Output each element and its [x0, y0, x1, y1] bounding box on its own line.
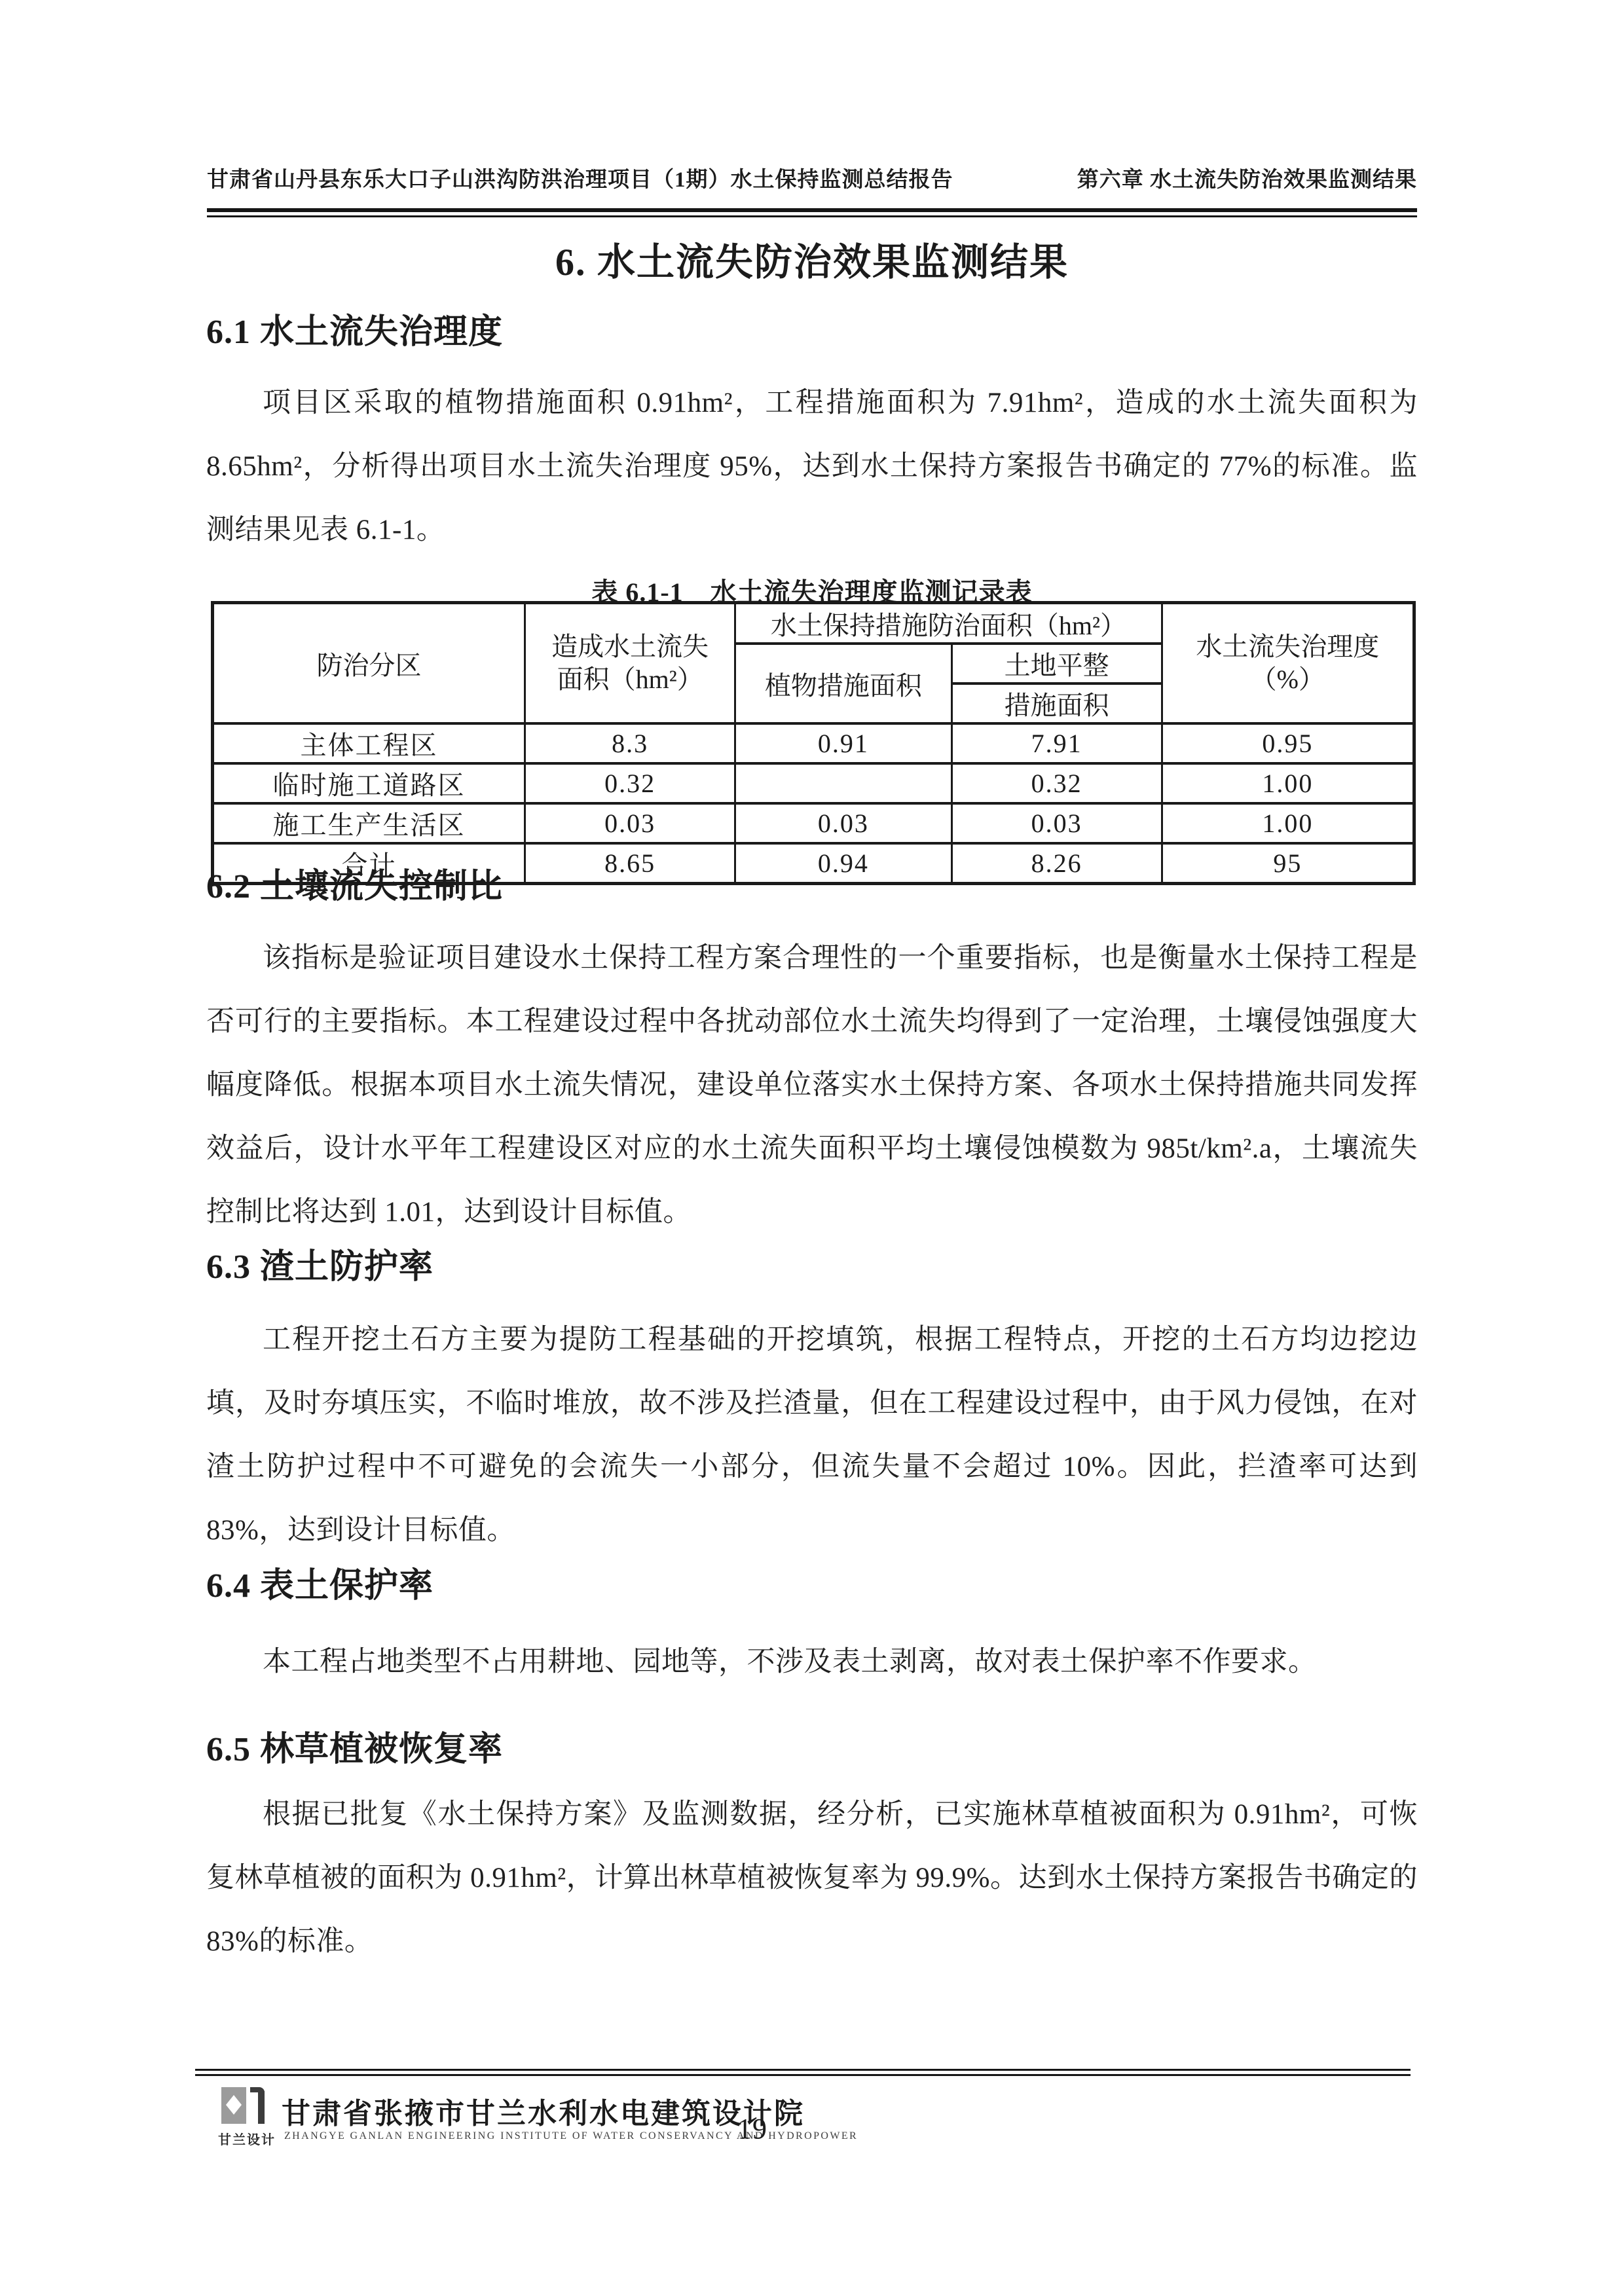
page-number: 19 [737, 2112, 767, 2145]
header-cell-caused-area-line2: 面积（hm²） [526, 663, 734, 696]
header-cell-plant-measures: 植物措施面积 [735, 644, 951, 723]
cell-degree: 1.00 [1162, 803, 1414, 843]
table-row: 施工生产生活区 0.03 0.03 0.03 1.00 [213, 803, 1414, 843]
header-cell-measures-group: 水土保持措施防治面积（hm²） [735, 603, 1162, 644]
header-rule-thick-line [207, 208, 1417, 212]
logo-caption: 甘兰设计 [211, 2129, 283, 2148]
cell-zone: 施工生产生活区 [213, 803, 525, 843]
header-cell-control-degree-line1: 水土流失治理度 [1163, 630, 1412, 663]
section-heading-6-2: 6.2 土壤流失控制比 [206, 870, 1418, 904]
header-cell-control-degree: 水土流失治理度 （%） [1162, 603, 1414, 724]
running-header-chapter: 第六章 水土流失防治效果监测结果 [1077, 162, 1417, 193]
cell-caused: 0.03 [525, 803, 735, 843]
cell-degree: 0.95 [1162, 723, 1414, 763]
footer-rule [195, 2069, 1411, 2076]
cell-plant: 0.03 [735, 803, 951, 843]
header-rule-thin-line [207, 215, 1417, 217]
paragraph-6-5: 根据已批复《水土保持方案》及监测数据，经分析，已实施林草植被面积为 0.91hm… [206, 1783, 1418, 1973]
footer-company-name-en: ZHANGYE GANLAN ENGINEERING INSTITUTE OF … [284, 2130, 858, 2142]
header-rule [207, 208, 1417, 217]
running-header: 甘肃省山丹县东乐大口子山洪沟防洪治理项目（1期）水土保持监测总结报告 第六章 水… [207, 162, 1417, 193]
table-row: 临时施工道路区 0.32 0.32 1.00 [213, 763, 1414, 803]
table-header-row-1: 防治分区 造成水土流失 面积（hm²） 水土保持措施防治面积（hm²） 水土流失… [213, 603, 1414, 644]
section-heading-6-3: 6.3 渣土防护率 [206, 1250, 1418, 1285]
section-heading-6-1: 6.1 水土流失治理度 [206, 316, 1418, 350]
section-heading-6-5: 6.5 林草植被恢复率 [206, 1733, 1418, 1767]
header-cell-caused-area: 造成水土流失 面积（hm²） [525, 603, 735, 724]
cell-zone: 主体工程区 [213, 723, 525, 763]
paragraph-6-4: 本工程占地类型不占用耕地、园地等，不涉及表土剥离，故对表土保护率不作要求。 [206, 1630, 1418, 1694]
table-row: 主体工程区 8.3 0.91 7.91 0.95 [213, 723, 1414, 763]
cell-plant: 0.91 [735, 723, 951, 763]
header-cell-control-degree-line2: （%） [1163, 663, 1412, 696]
header-cell-zone: 防治分区 [213, 603, 525, 724]
cell-leveling: 7.91 [951, 723, 1162, 763]
document-page: 甘肃省山丹县东乐大口子山洪沟防洪治理项目（1期）水土保持监测总结报告 第六章 水… [0, 0, 1624, 2296]
chapter-title: 6. 水土流失防治效果监测结果 [0, 231, 1624, 286]
footer-rule-lower-line [195, 2074, 1411, 2076]
cell-caused: 8.3 [525, 723, 735, 763]
cell-plant [735, 763, 951, 803]
cell-leveling: 0.32 [951, 763, 1162, 803]
paragraph-6-3: 工程开挖土石方主要为提防工程基础的开挖填筑，根据工程特点，开挖的土石方均边挖边填… [206, 1308, 1418, 1562]
footer-rule-upper-line [195, 2069, 1411, 2071]
paragraph-6-1: 项目区采取的植物措施面积 0.91hm²，工程措施面积为 7.91hm²，造成的… [206, 371, 1418, 562]
cell-zone: 临时施工道路区 [213, 763, 525, 803]
paragraph-6-2: 该指标是验证项目建设水土保持工程方案合理性的一个重要指标，也是衡量水土保持工程是… [206, 926, 1418, 1244]
section-heading-6-4: 6.4 表土保护率 [206, 1569, 1418, 1603]
header-cell-caused-area-line1: 造成水土流失 [526, 630, 734, 663]
cell-leveling: 0.03 [951, 803, 1162, 843]
header-cell-land-leveling: 土地平整 [951, 644, 1162, 683]
footer-company-name: 甘肃省张掖市甘兰水利水电建筑设计院 [282, 2090, 805, 2132]
running-header-report-title: 甘肃省山丹县东乐大口子山洪沟防洪治理项目（1期）水土保持监测总结报告 [207, 162, 953, 193]
header-cell-leveling-measure-area: 措施面积 [951, 683, 1162, 723]
soil-erosion-control-table: 防治分区 造成水土流失 面积（hm²） 水土保持措施防治面积（hm²） 水土流失… [211, 601, 1416, 885]
cell-caused: 0.32 [525, 763, 735, 803]
ganlan-design-logo [220, 2085, 274, 2126]
cell-degree: 1.00 [1162, 763, 1414, 803]
